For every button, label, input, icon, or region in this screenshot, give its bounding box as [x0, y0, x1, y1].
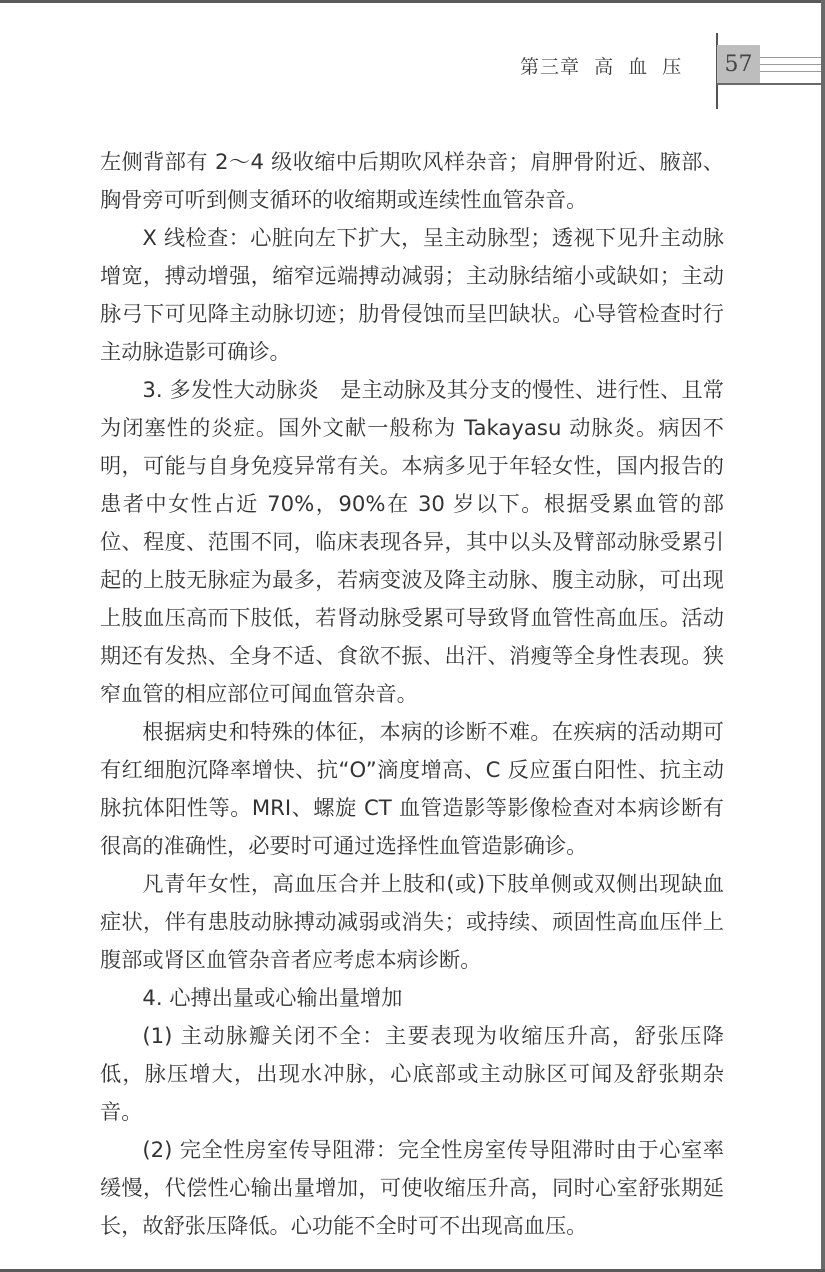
paragraph: 左侧背部有 2～4 级收缩中后期吹风样杂音；肩胛骨附近、腋部、胸骨旁可听到侧支循… [100, 143, 724, 219]
page-border-top [0, 0, 825, 3]
paragraph: 根据病史和特殊的体征，本病的诊断不难。在疾病的活动期可有红细胞沉降率增快、抗“O… [100, 713, 724, 865]
paragraph: (2) 完全性房室传导阻滞：完全性房室传导阻滞时由于心室率缓慢，代偿性心输出量增… [100, 1131, 724, 1245]
body-text: 左侧背部有 2～4 级收缩中后期吹风样杂音；肩胛骨附近、腋部、胸骨旁可听到侧支循… [100, 143, 724, 1245]
paragraph: 3. 多发性大动脉炎 是主动脉及其分支的慢性、进行性、且常为闭塞性的炎症。国外文… [100, 371, 724, 713]
header-rule [760, 71, 821, 72]
page-number: 57 [717, 45, 760, 83]
header-base-rule [717, 83, 821, 85]
header-rule [760, 57, 821, 58]
page-border-right [821, 0, 825, 1272]
paragraph: X 线检查：心脏向左下扩大，呈主动脉型；透视下见升主动脉增宽，搏动增强，缩窄远端… [100, 219, 724, 371]
running-header-chapter-title: 第三章 高 血 压 [520, 52, 682, 79]
section-heading: 4. 心搏出量或心输出量增加 [100, 979, 724, 1017]
paragraph: 凡青年女性，高血压合并上肢和(或)下肢单侧或双侧出现缺血症状，伴有患肢动脉搏动减… [100, 865, 724, 979]
paragraph: (1) 主动脉瓣关闭不全：主要表现为收缩压升高，舒张压降低，脉压增大，出现水冲脉… [100, 1017, 724, 1131]
header-rule [760, 64, 821, 65]
